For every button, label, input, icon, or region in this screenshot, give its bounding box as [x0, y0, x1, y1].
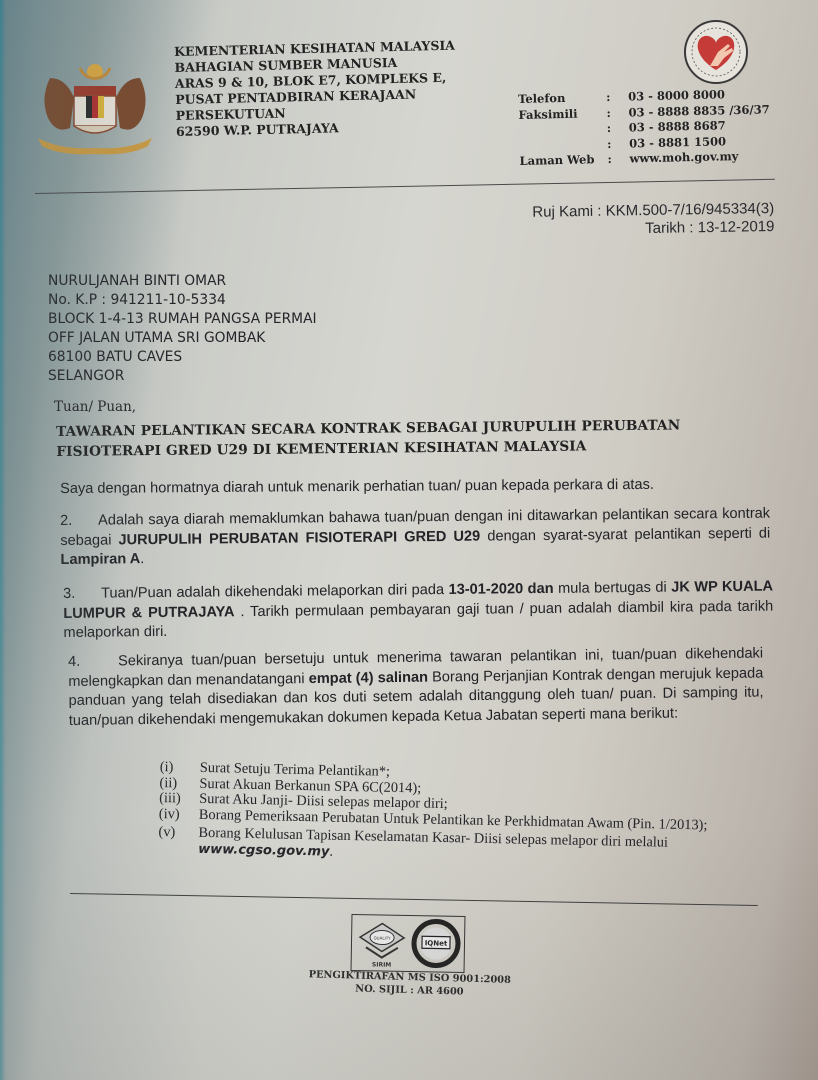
recipient-line: BLOCK 1-4-13 RUMAH PANGSA PERMAI	[48, 310, 317, 329]
svg-text:SIRIM: SIRIM	[372, 961, 392, 968]
paragraph-3: 3.Tuan/Puan adalah dikehendaki melaporka…	[63, 578, 774, 644]
intro-paragraph: Saya dengan hormatnya diarah untuk menar…	[60, 475, 770, 499]
ministry-address: KEMENTERIAN KESIHATAN MALAYSIA BAHAGIAN …	[174, 38, 457, 140]
recipient-ic: No. K.P : 941211-10-5334	[48, 291, 317, 310]
letter-subject: TAWARAN PELANTIKAN SECARA KONTRAK SEBAGA…	[56, 415, 681, 462]
website-link[interactable]: www.moh.gov.my	[629, 149, 738, 167]
salutation: Tuan/ Puan,	[54, 399, 136, 415]
cgso-link[interactable]: www.cgso.gov.my	[198, 841, 330, 859]
reference-block: Ruj Kami : KKM.500-7/16/945334(3) Tarikh…	[482, 200, 775, 241]
sirim-iqnet-logos-icon: QUALITY SIRIM IQNet	[352, 915, 465, 972]
footer-divider	[70, 893, 758, 906]
recipient-line: SELANGOR	[48, 367, 317, 386]
certification-logos: QUALITY SIRIM IQNet	[351, 914, 466, 973]
paragraph-4: 4.Sekiranya tuan/puan bersetuju untuk me…	[68, 645, 764, 731]
recipient-line: 68100 BATU CAVES	[48, 348, 317, 367]
heart-hand-emblem-icon	[670, 18, 762, 86]
paragraph-2: 2.Adalah saya diarah memaklumkan bahawa …	[60, 505, 771, 571]
recipient-name: NURULJANAH BINTI OMAR	[48, 272, 317, 291]
coat-of-arms-icon	[30, 58, 160, 158]
recipient-line: OFF JALAN UTAMA SRI GOMBAK	[48, 329, 317, 348]
iso-certification: PENGIKTIRAFAN MS ISO 9001:2008 NO. SIJIL…	[299, 968, 520, 1000]
recipient-address: NURULJANAH BINTI OMAR No. K.P : 941211-1…	[48, 272, 317, 386]
svg-text:QUALITY: QUALITY	[373, 935, 391, 940]
svg-text:IQNet: IQNet	[425, 939, 448, 947]
letter-date: Tarikh : 13-12-2019	[482, 218, 774, 241]
letter-page: KEMENTERIAN KESIHATAN MALAYSIA BAHAGIAN …	[0, 0, 818, 1080]
documents-list: (i) Surat Setuju Terima Pelantikan*; (ii…	[158, 760, 720, 868]
contact-info: Telefon : 03 - 8000 8000 Faksimili : 03 …	[518, 86, 771, 169]
header-divider	[35, 179, 775, 194]
